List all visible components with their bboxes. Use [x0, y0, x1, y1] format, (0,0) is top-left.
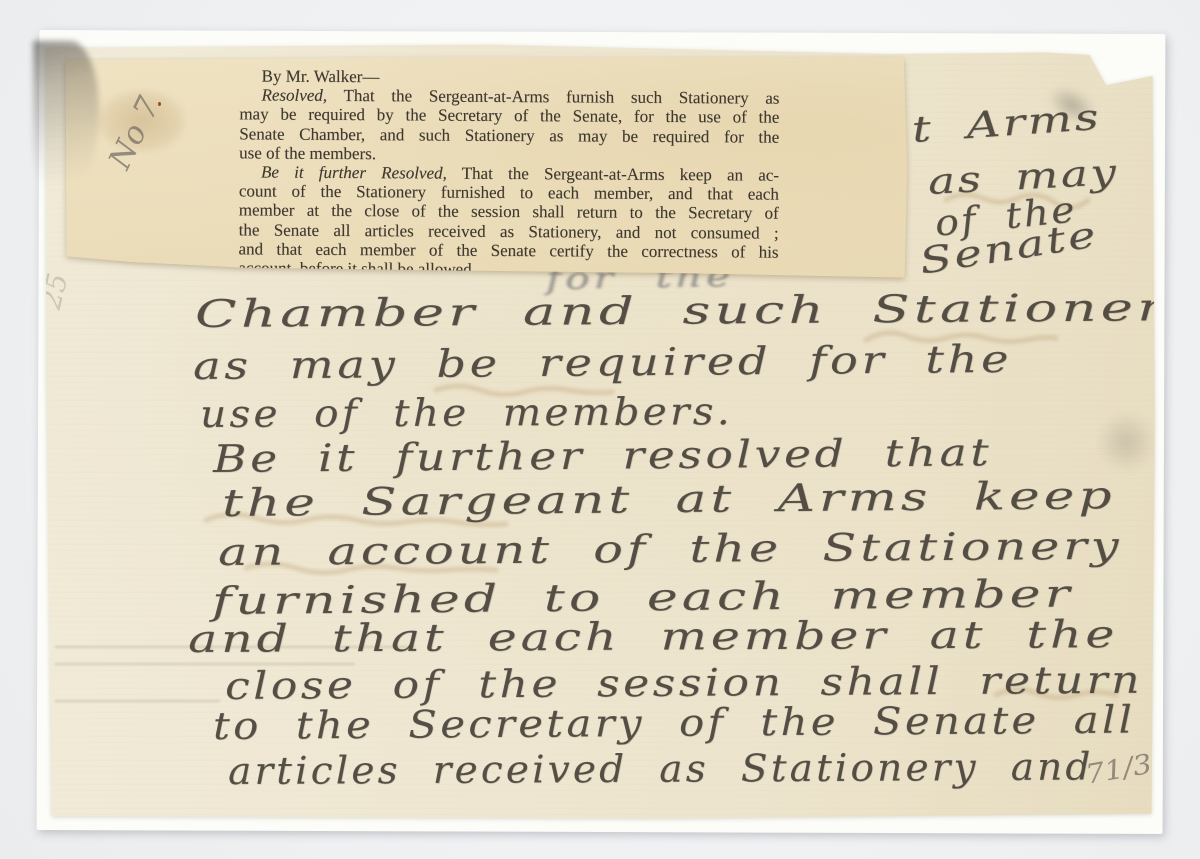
- corner-number-annotation: 71/35: [1083, 745, 1173, 790]
- scanned-archival-document: t Arms as may of the Senate for the Cham…: [0, 0, 1200, 859]
- handwritten-line: Chamber and such Stationery: [195, 285, 1200, 336]
- manuscript-page: t Arms as may of the Senate for the Cham…: [46, 40, 1156, 820]
- paper-crease: [55, 700, 220, 702]
- handwritten-line: articles received as Stationery and: [228, 744, 1094, 793]
- manuscript-shadow: t Arms as may of the Senate for the Cham…: [0, 0, 1200, 859]
- handwritten-line: use of the members.: [200, 389, 733, 436]
- handwritten-line: to the Secretary of the Senate all: [213, 698, 1136, 748]
- handwritten-line: the Sargeant at Arms keep: [222, 473, 1116, 525]
- handwritten-line: an account of the Stationery: [218, 524, 1123, 574]
- handwritten-line: and that each member at the: [188, 612, 1118, 661]
- margin-number-annotation: 25: [34, 270, 75, 313]
- handwritten-line: Be it further resolved that: [213, 430, 993, 481]
- handwritten-fragment: t Arms: [911, 97, 1103, 151]
- handwritten-line: as may be required for the: [193, 337, 1013, 388]
- graphite-smudge: [1086, 400, 1166, 484]
